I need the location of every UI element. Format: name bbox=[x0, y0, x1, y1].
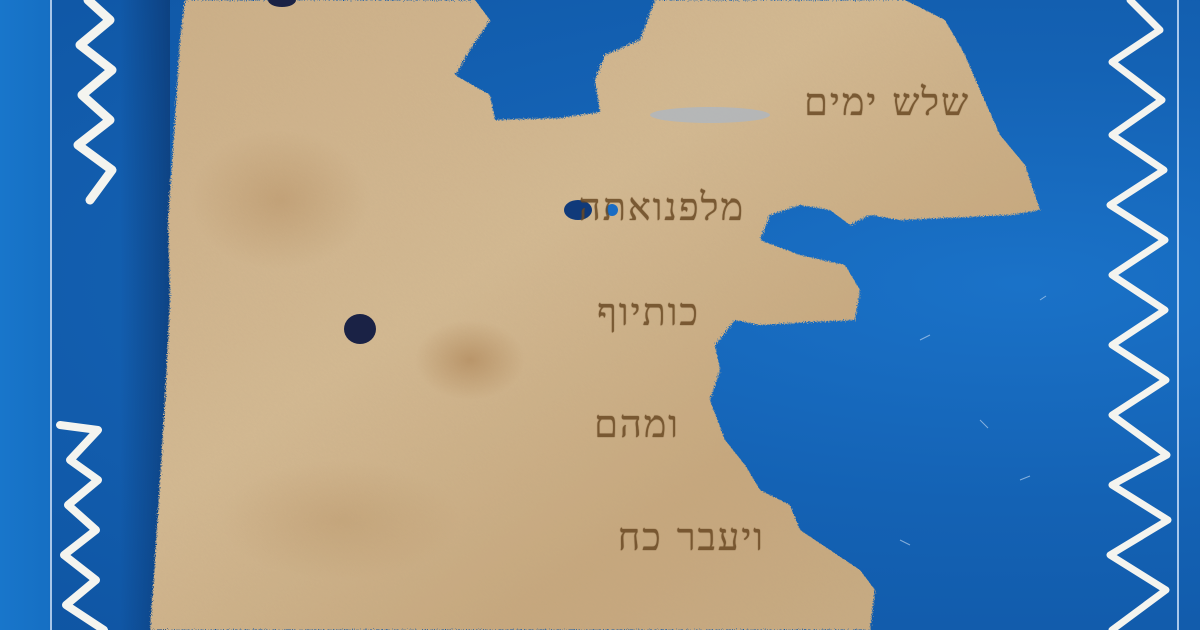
stitch-left-bottom bbox=[60, 425, 104, 630]
manuscript-line-4: ומהם bbox=[495, 402, 680, 447]
manuscript-line-1: שלש ימים bbox=[620, 80, 970, 125]
manuscript-line-2: מלפנואתה bbox=[445, 185, 745, 230]
hole-dot bbox=[344, 314, 376, 344]
stitch-left-top bbox=[78, 0, 112, 200]
manuscript-line-5: ויעבר כח bbox=[505, 515, 765, 560]
manuscript-line-3: כותיוף bbox=[470, 290, 700, 335]
stitch-right bbox=[1110, 0, 1168, 630]
